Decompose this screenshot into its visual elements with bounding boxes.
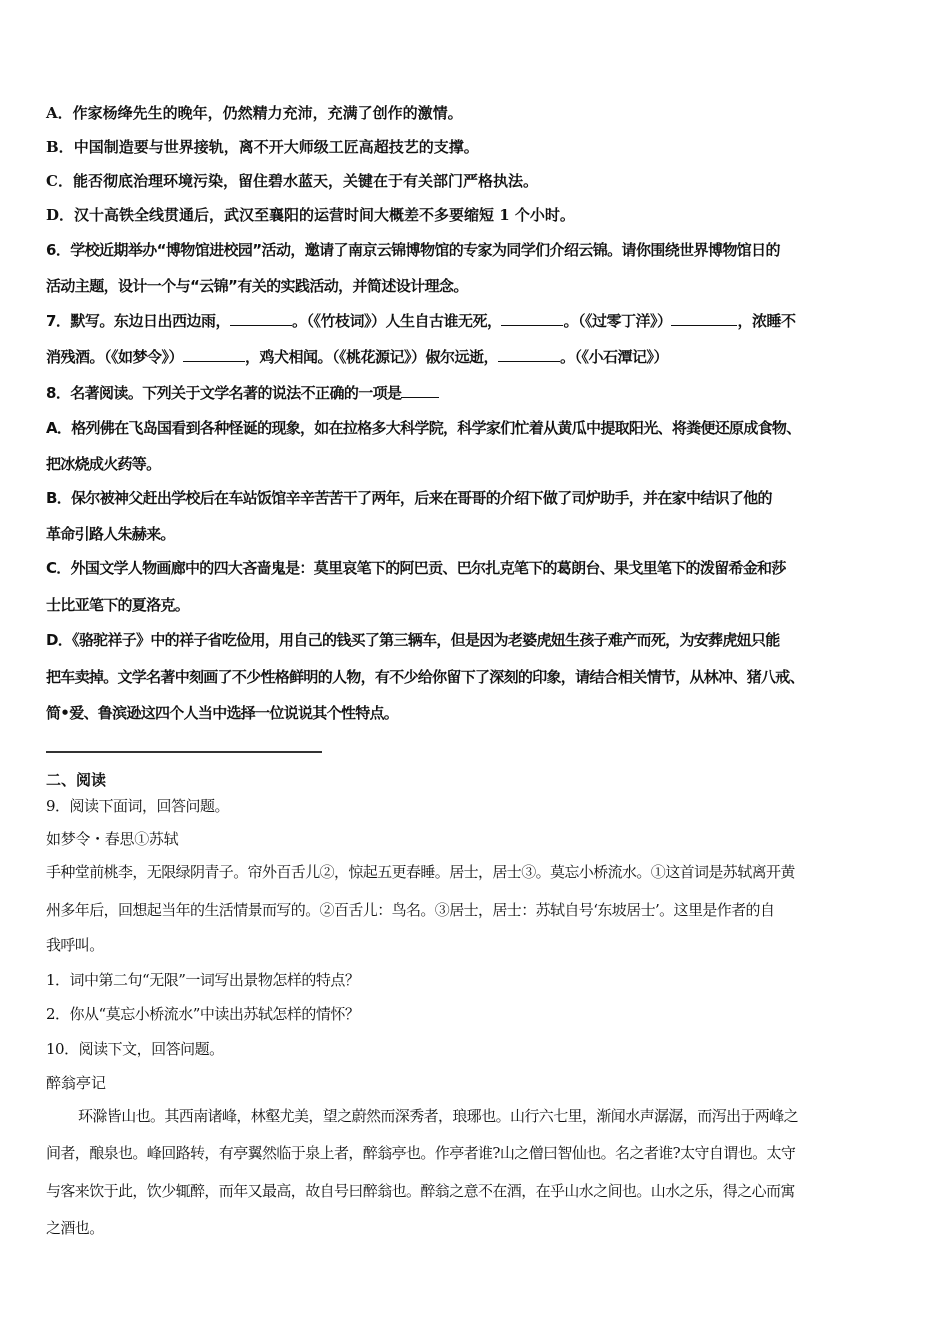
q7-text: 。（《过零丁洋》）: [563, 312, 671, 330]
q8-line: C．外国文学人物画廊中的四大吝啬鬼是：莫里哀笔下的阿巴贡、巴尔扎克笔下的葛朗台、…: [46, 558, 786, 578]
q7-text: ，鸡犬相闻。（《桃花源记》）俶尔远逝，: [245, 348, 498, 366]
essay-title: 醉翁亭记: [46, 1073, 106, 1093]
answer-line: [46, 751, 322, 753]
q6-line-2: 活动主题，设计一个与“云锦”有关的实践活动，并简述设计理念。: [46, 276, 468, 296]
option-label: A．: [46, 104, 73, 122]
option-text: 汉十高铁全线贯通后，武汉至襄阳的运营时间大概差不多要缩短 1 个小时。: [74, 206, 575, 224]
q8-stem-text: 8．名著阅读。下列关于文学名著的说法不正确的一项是: [46, 384, 401, 402]
essay-line: 间者，酿泉也。峰回路转，有亭翼然临于泉上者，醉翁亭也。作亭者谁?山之僧曰智仙也。…: [46, 1143, 795, 1163]
q8-line: 士比亚笔下的夏洛克。: [46, 595, 189, 615]
q5-option-c: C．能否彻底治理环境污染，留住碧水蓝天，关键在于有关部门严格执法。: [46, 171, 538, 191]
poem-line: 手种堂前桃李，无限绿阴青子。帘外百舌儿②，惊起五更春睡。居士，居士③。莫忘小桥流…: [46, 862, 795, 882]
option-label: D．: [46, 206, 74, 224]
essay-line: 与客来饮于此，饮少辄醉，而年又最高，故自号曰醉翁也。醉翁之意不在酒，在乎山水之间…: [46, 1181, 795, 1201]
q5-option-b: B．中国制造要与世界接轨，离不开大师级工匠高超技艺的支撑。: [46, 137, 479, 157]
q8-line: 简•爱、鲁滨逊这四个人当中选择一位说说其个性特点。: [46, 703, 398, 723]
q8-line: 把冰烧成火药等。: [46, 454, 160, 474]
answer-blank[interactable]: [501, 311, 563, 326]
option-text: 能否彻底治理环境污染，留住碧水蓝天，关键在于有关部门严格执法。: [73, 172, 538, 190]
q9-question-1: 1．词中第二句“无限”一词写出景物怎样的特点？: [46, 970, 359, 990]
essay-line: 之酒也。: [46, 1218, 104, 1238]
q7-text: 。（《小石潭记》）: [560, 348, 668, 366]
q8-line: A．格列佛在飞岛国看到各种怪诞的现象，如在拉格多大科学院，科学家们忙着从黄瓜中提…: [46, 418, 801, 438]
option-label: B．: [46, 138, 74, 156]
essay-line: 环滁皆山也。其西南诸峰，林壑尤美，望之蔚然而深秀者，琅琊也。山行六七里，渐闻水声…: [78, 1106, 798, 1126]
q8-line: B．保尔被神父赶出学校后在车站饭馆辛辛苦苦干了两年，后来在哥哥的介绍下做了司炉助…: [46, 488, 772, 508]
q8-line: D．《骆驼祥子》中的祥子省吃俭用，用自己的钱买了第三辆车，但是因为老婆虎妞生孩子…: [46, 630, 780, 650]
q10-stem: 10．阅读下文，回答问题。: [46, 1039, 224, 1059]
poem-title: 如梦令・春思①苏轼: [46, 829, 178, 849]
poem-line: 我呼叫。: [46, 935, 104, 955]
q8-stem: 8．名著阅读。下列关于文学名著的说法不正确的一项是: [46, 383, 439, 403]
q5-option-a: A．作家杨绛先生的晚年，仍然精力充沛，充满了创作的激情。: [46, 103, 463, 123]
answer-blank[interactable]: [671, 311, 737, 326]
q6-line-1: 6．学校近期举办“博物馆进校园”活动，邀请了南京云锦博物馆的专家为同学们介绍云锦…: [46, 240, 780, 260]
answer-blank[interactable]: [183, 347, 245, 362]
q8-line: 把车卖掉。文学名著中刻画了不少性格鲜明的人物，有不少给你留下了深刻的印象，请结合…: [46, 667, 804, 687]
q7-line-1: 7．默写。东边日出西边雨，。（《竹枝词》）人生自古谁无死，。（《过零丁洋》），浓…: [46, 311, 796, 331]
answer-blank[interactable]: [401, 383, 439, 398]
poem-line: 州多年后，回想起当年的生活情景而写的。②百舌儿：鸟名。③居士，居士：苏轼自号‘东…: [46, 900, 774, 920]
section-heading: 二、阅读: [46, 770, 106, 790]
q9-question-2: 2．你从“莫忘小桥流水”中读出苏轼怎样的情怀？: [46, 1004, 359, 1024]
option-label: C．: [46, 172, 73, 190]
q7-text: 消残酒。（《如梦令》）: [46, 348, 183, 366]
q5-option-d: D．汉十高铁全线贯通后，武汉至襄阳的运营时间大概差不多要缩短 1 个小时。: [46, 205, 575, 225]
q9-stem: 9．阅读下面词，回答问题。: [46, 796, 229, 816]
q7-line-2: 消残酒。（《如梦令》），鸡犬相闻。（《桃花源记》）俶尔远逝，。（《小石潭记》）: [46, 347, 668, 367]
option-text: 中国制造要与世界接轨，离不开大师级工匠高超技艺的支撑。: [74, 138, 479, 156]
q7-text: ，浓睡不: [737, 312, 795, 330]
q7-text: 。（《竹枝词》）人生自古谁无死，: [292, 312, 502, 330]
option-text: 作家杨绛先生的晚年，仍然精力充沛，充满了创作的激情。: [73, 104, 463, 122]
q7-text: 7．默写。东边日出西边雨，: [46, 312, 230, 330]
q8-line: 革命引路人朱赫来。: [46, 524, 175, 544]
answer-blank[interactable]: [230, 311, 292, 326]
answer-blank[interactable]: [498, 347, 560, 362]
